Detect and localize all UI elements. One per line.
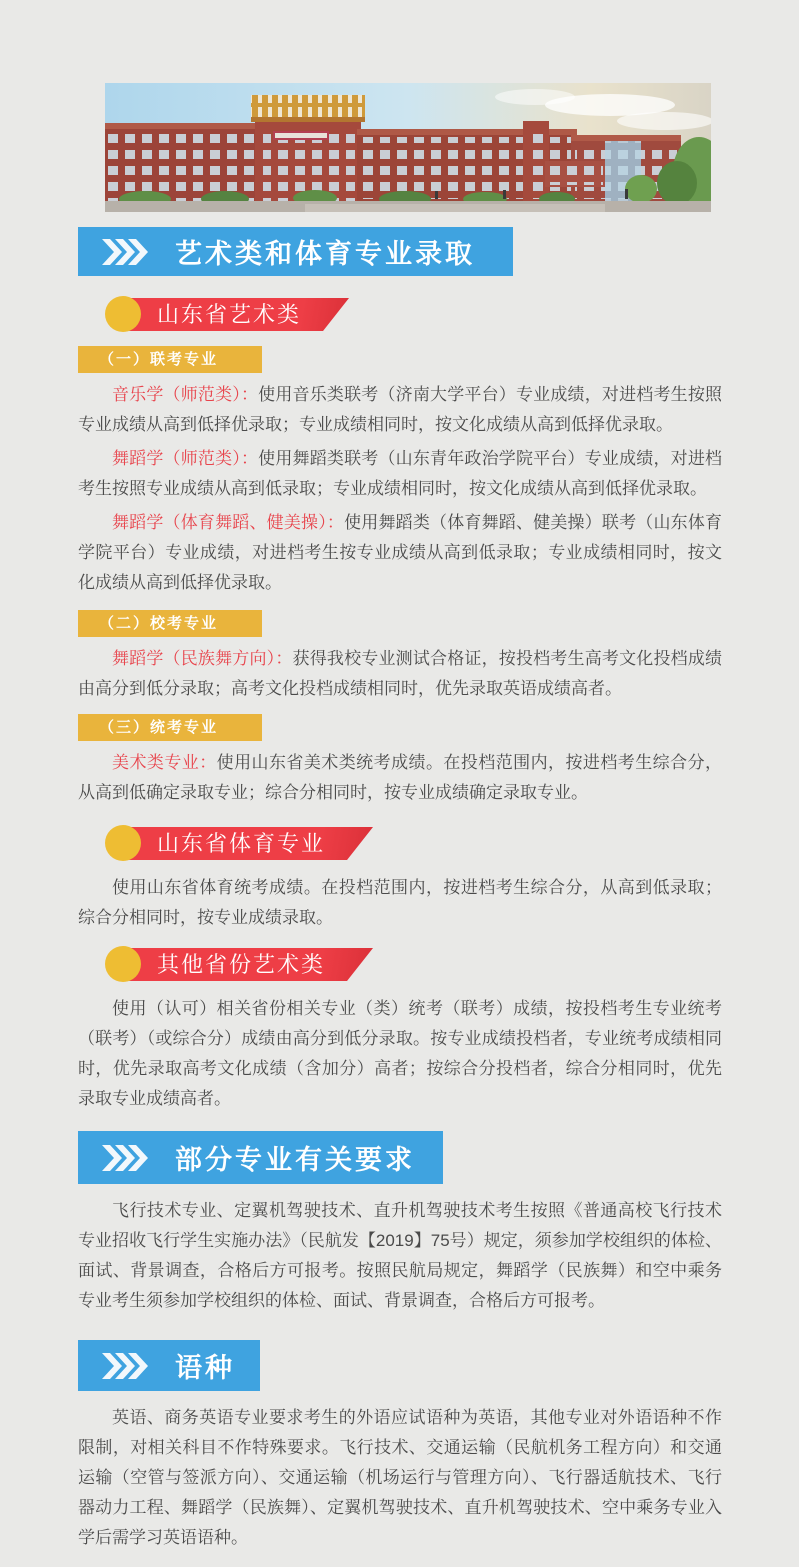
triple-chevron-right-icon xyxy=(102,239,149,265)
campus-photo xyxy=(105,83,711,212)
paragraph-dance-normal: 舞蹈学（师范类）：使用舞蹈类联考（山东青年政治学院平台）专业成绩，对进档考生按照… xyxy=(78,444,722,504)
subsection-title: 山东省体育专业 xyxy=(157,831,325,856)
paragraph-shandong-sports: 使用山东省体育统考成绩。在投档范围内，按进档考生综合分，从高到低录取；综合分相同… xyxy=(78,873,722,933)
paragraph-lead: 音乐学（师范类）： xyxy=(112,385,258,404)
paragraph-lead: 舞蹈学（师范类）： xyxy=(112,449,258,468)
section-banner-title: 艺术类和体育专业录取 xyxy=(175,232,475,271)
subsection-shandong-sports: 山东省体育专业 xyxy=(105,824,722,861)
subsection-ribbon: 山东省艺术类 xyxy=(123,298,349,331)
campus-photo-illustration xyxy=(105,83,711,212)
section-banner-special-requirements: 部分专业有关要求 xyxy=(78,1131,443,1184)
paragraph-other-provinces: 使用（认可）相关省份相关专业（类）统考（联考）成绩，按投档考生专业统考（联考）（… xyxy=(78,994,722,1114)
section-banner-title: 部分专业有关要求 xyxy=(175,1138,415,1177)
paragraph-language: 英语、商务英语专业要求考生的外语应试语种为英语，其他专业对外语语种不作限制，对相… xyxy=(78,1403,722,1553)
paragraph-lead: 美术类专业： xyxy=(112,753,217,772)
subsection-ribbon: 山东省体育专业 xyxy=(123,827,373,860)
group-label-tong-kao: （三）统考专业 xyxy=(78,714,262,741)
paragraph-lead: 舞蹈学（民族舞方向）： xyxy=(112,649,293,668)
yellow-circle-icon xyxy=(105,946,141,982)
subsection-ribbon: 其他省份艺术类 xyxy=(123,948,373,981)
triple-chevron-right-icon xyxy=(102,1145,149,1171)
yellow-circle-icon xyxy=(105,825,141,861)
subsection-title: 其他省份艺术类 xyxy=(157,952,325,977)
group-label-xiao-kao: （二）校考专业 xyxy=(78,610,262,637)
section-banner-art-sports-admission: 艺术类和体育专业录取 xyxy=(78,227,513,276)
group-label-lian-kao: （一）联考专业 xyxy=(78,346,262,373)
paragraph-special-requirements: 飞行技术专业、定翼机驾驶技术、直升机驾驶技术考生按照《普通高校飞行技术专业招收飞… xyxy=(78,1196,722,1316)
yellow-circle-icon xyxy=(105,296,141,332)
triple-chevron-right-icon xyxy=(102,1353,149,1379)
paragraph-dance-sport-aerobics: 舞蹈学（体育舞蹈、健美操）：使用舞蹈类（体育舞蹈、健美操）联考（山东体育学院平台… xyxy=(78,508,722,598)
section-banner-title: 语种 xyxy=(175,1346,235,1385)
article-body: 艺术类和体育专业录取 山东省艺术类 （一）联考专业 音乐学（师范类）：使用音乐类… xyxy=(0,83,799,1553)
paragraph-lead: 舞蹈学（体育舞蹈、健美操）： xyxy=(112,513,344,532)
paragraph-music-normal: 音乐学（师范类）：使用音乐类联考（济南大学平台）专业成绩，对进档考生按照专业成绩… xyxy=(78,380,722,440)
paragraph-dance-folk: 舞蹈学（民族舞方向）：获得我校专业测试合格证，按投档考生高考文化投档成绩由高分到… xyxy=(78,644,722,704)
subsection-other-provinces: 其他省份艺术类 xyxy=(105,945,722,982)
subsection-title: 山东省艺术类 xyxy=(157,302,301,327)
section-banner-language: 语种 xyxy=(78,1340,260,1391)
paragraph-fine-arts: 美术类专业：使用山东省美术类统考成绩。在投档范围内，按进档考生综合分，从高到低确… xyxy=(78,748,722,808)
subsection-shandong-art: 山东省艺术类 xyxy=(105,295,722,332)
